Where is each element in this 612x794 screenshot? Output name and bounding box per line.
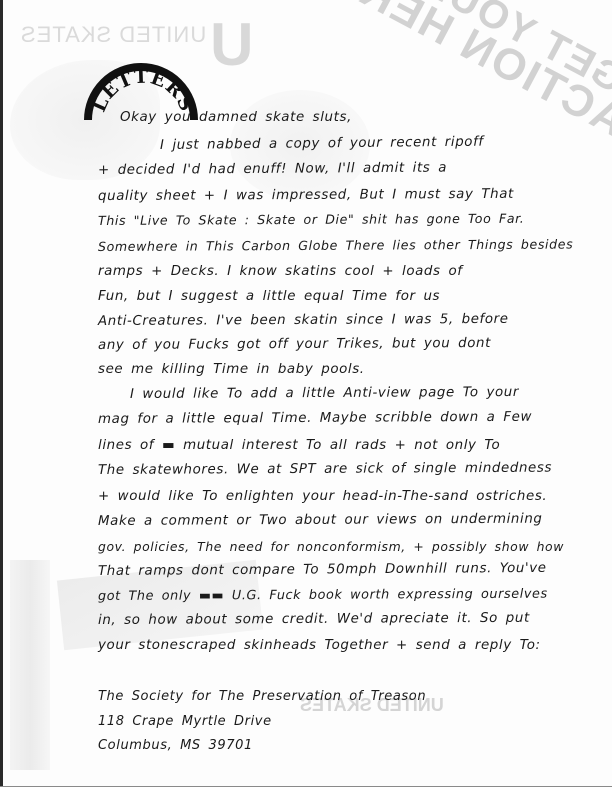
letter-body: Okay you damned skate sluts, I just nabb… — [0, 0, 612, 794]
letter-line: your stonescraped skinheads Together + s… — [98, 638, 541, 653]
letter-line: I would like To add a little Anti-view p… — [130, 385, 519, 402]
letter-line: got The only ▬▬ U.G. Fuck book worth exp… — [98, 587, 548, 604]
letter-line: quality sheet + I was impressed, But I m… — [98, 187, 514, 204]
letter-line: gov. policies, The need for nonconformis… — [98, 539, 564, 554]
address-name: The Society for The Preservation of Trea… — [98, 689, 426, 704]
letter-line: + decided I'd had enuff! Now, I'll admit… — [98, 161, 447, 178]
letter-line: in, so how about some credit. We'd aprec… — [98, 611, 530, 628]
letter-line: The skatewhores. We at SPT are sick of s… — [98, 461, 552, 478]
letter-line: + would like To enlighten your head-in-T… — [98, 489, 547, 504]
letter-line: I just nabbed a copy of your recent ripo… — [160, 135, 484, 153]
letter-line: This "Live To Skate : Skate or Die" shit… — [98, 211, 524, 228]
letter-line: any of you Fucks got off your Trikes, bu… — [98, 336, 491, 353]
letter-line: see me killing Time in baby pools. — [98, 362, 365, 377]
letter-line: Anti-Creatures. I've been skatin since I… — [98, 312, 509, 329]
scan-edge-bottom — [0, 786, 612, 794]
letter-line: ramps + Decks. I know skatins cool + loa… — [98, 264, 463, 279]
letter-line: mag for a little equal Time. Maybe scrib… — [98, 410, 532, 427]
address-street: 118 Crape Myrtle Drive — [98, 714, 272, 729]
address-city: Columbus, MS 39701 — [98, 738, 253, 753]
scanned-page: UNITED SKATES U ACTION HERE! GET YOUR UN… — [0, 0, 612, 794]
salutation: Okay you damned skate sluts, — [120, 110, 352, 125]
letter-line: Somewhere in This Carbon Globe There lie… — [98, 237, 573, 254]
letter-line: Make a comment or Two about our views on… — [98, 512, 543, 529]
letter-line: That ramps dont compare To 50mph Downhil… — [98, 561, 547, 579]
letter-line: Fun, but I suggest a little equal Time f… — [98, 289, 440, 304]
letter-line: lines of ▬ mutual interest To all rads +… — [98, 438, 500, 453]
